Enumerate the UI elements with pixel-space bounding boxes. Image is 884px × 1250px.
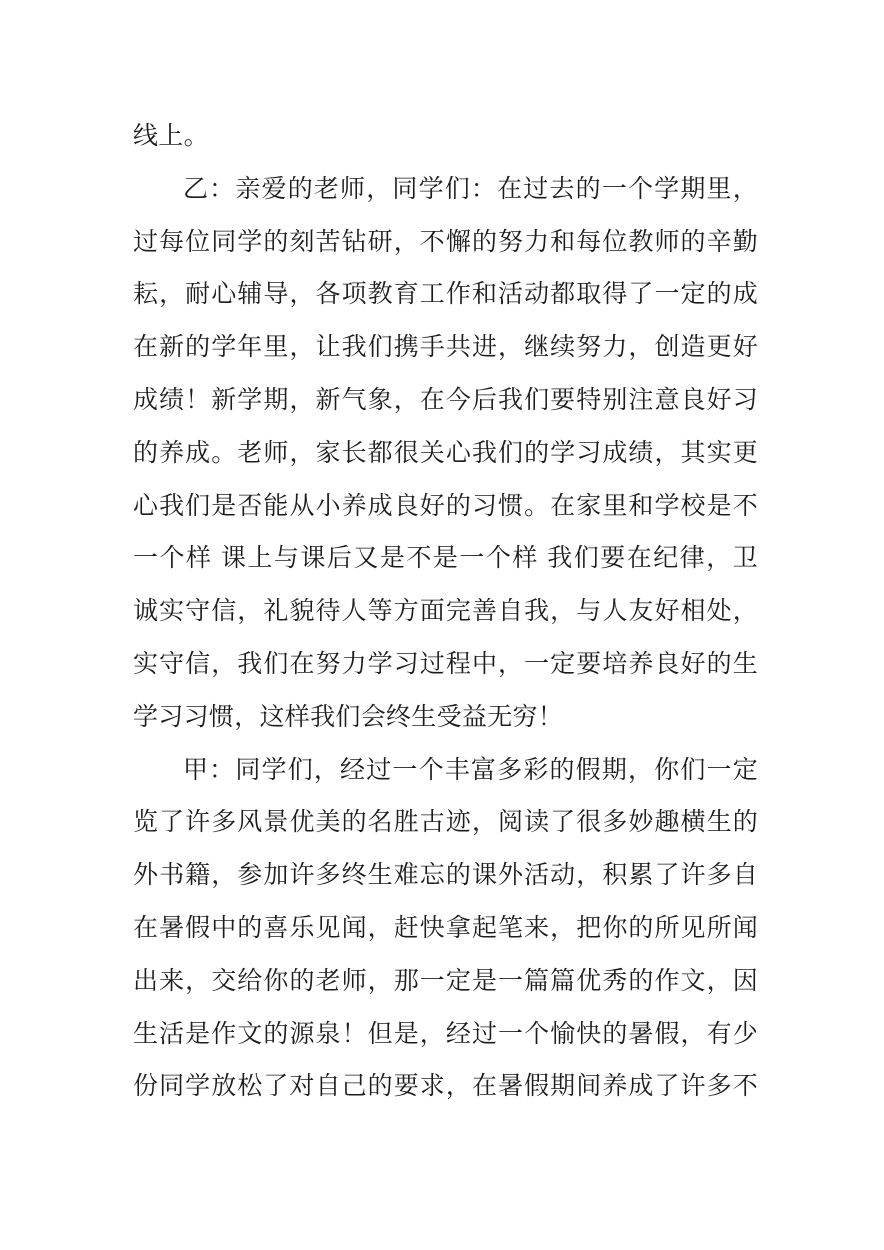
text-line: 线上。 bbox=[133, 110, 758, 163]
text-line: 过每位同学的刻苦钻研，不懈的努力和每位教师的辛勤耕 bbox=[133, 216, 758, 269]
text-line: 一个样 课上与课后又是不是一个样 我们要在纪律，卫生， bbox=[133, 532, 758, 585]
text-line: 览了许多风景优美的名胜古迹，阅读了很多妙趣横生的课 bbox=[133, 796, 758, 849]
text-line: 心我们是否能从小养成良好的习惯。在家里和学校是不是 bbox=[133, 480, 758, 533]
text-line: 出来，交给你的老师，那一定是一篇篇优秀的作文，因为 bbox=[133, 955, 758, 1008]
text-line: 生活是作文的源泉！但是，经过一个愉快的暑假，有少部 bbox=[133, 1008, 758, 1061]
text-line-speaker-jia: 甲：同学们，经过一个丰富多彩的假期，你们一定游 bbox=[133, 744, 758, 797]
document-page: 线上。 乙：亲爱的老师，同学们：在过去的一个学期里，经 过每位同学的刻苦钻研，不… bbox=[0, 0, 884, 1250]
text-line: 耘，耐心辅导，各项教育工作和活动都取得了一定的成果 bbox=[133, 268, 758, 321]
text-line-speaker-yi: 乙：亲爱的老师，同学们：在过去的一个学期里，经 bbox=[133, 163, 758, 216]
text-line: 学习习惯，这样我们会终生受益无穷！ bbox=[133, 691, 758, 744]
text-line: 实守信，我们在努力学习过程中，一定要培养良好的生活 bbox=[133, 638, 758, 691]
text-line: 成绩！新学期，新气象，在今后我们要特别注意良好习惯 bbox=[133, 374, 758, 427]
text-line: 的养成。老师，家长都很关心我们的学习成绩，其实更关 bbox=[133, 427, 758, 480]
text-line: 外书籍，参加许多终生难忘的课外活动，积累了许多自己 bbox=[133, 849, 758, 902]
text-line: 在暑假中的喜乐见闻，赶快拿起笔来，把你的所见所闻写 bbox=[133, 902, 758, 955]
text-line: 诚实守信，礼貌待人等方面完善自我，与人友好相处，诚 bbox=[133, 585, 758, 638]
text-line: 在新的学年里，让我们携手共进，继续努力，创造更好的 bbox=[133, 321, 758, 374]
text-line: 份同学放松了对自己的要求，在暑假期间养成了许多不良 bbox=[133, 1060, 758, 1113]
